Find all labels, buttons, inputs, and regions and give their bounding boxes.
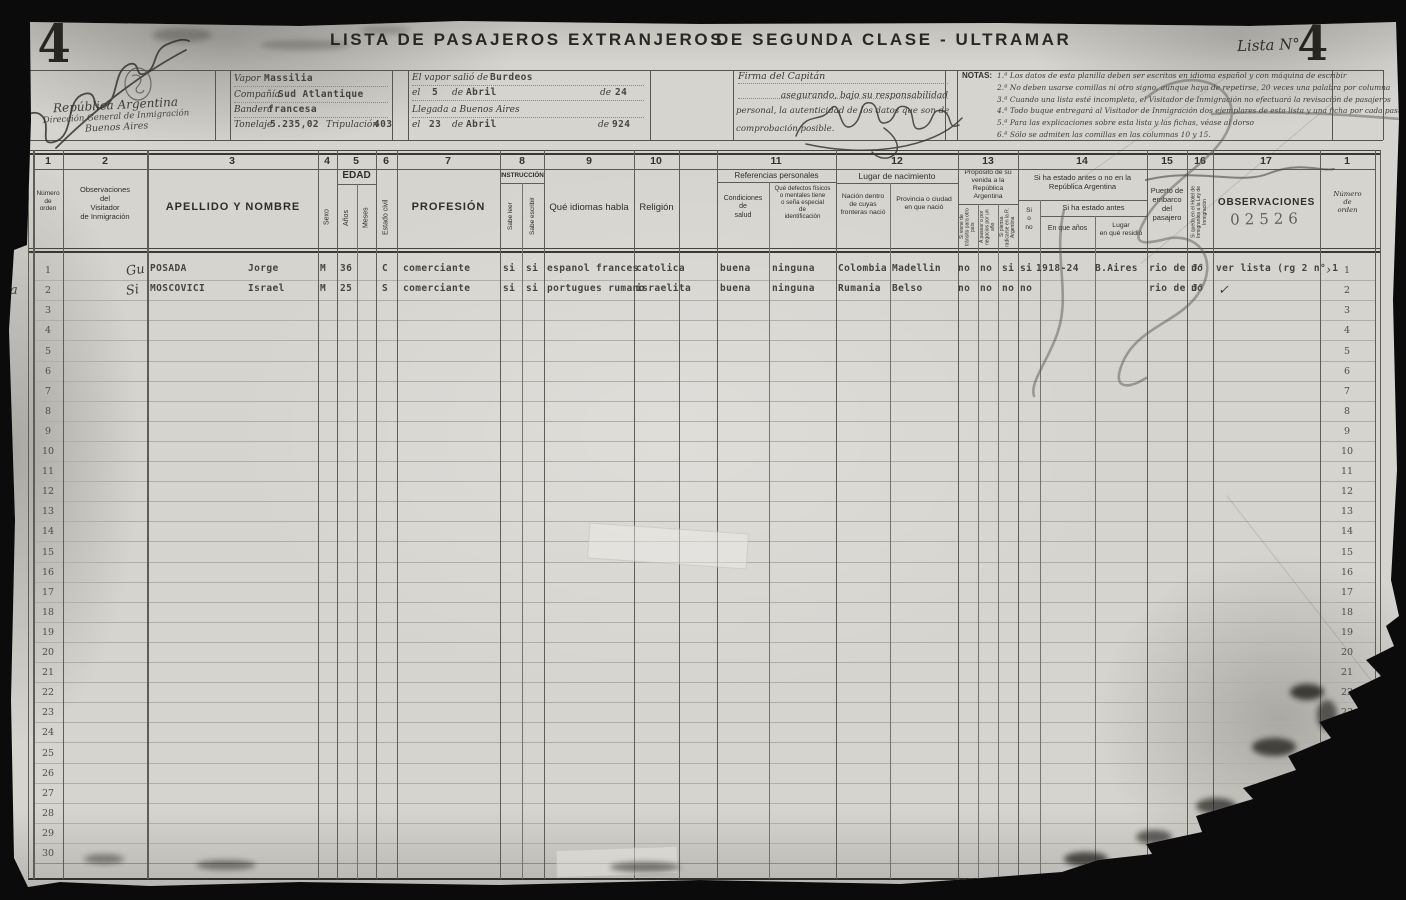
grid-line bbox=[958, 150, 959, 879]
cell-writes: si bbox=[526, 283, 538, 294]
grid-line bbox=[33, 722, 1375, 723]
grid-line bbox=[33, 421, 1375, 422]
cell-languages: espanol frances bbox=[547, 263, 639, 274]
row-number-left: 26 bbox=[36, 768, 60, 779]
row-number-left: 13 bbox=[36, 506, 60, 517]
grid-line bbox=[1018, 150, 1019, 879]
row-number-right: 15 bbox=[1335, 547, 1359, 558]
stain bbox=[1252, 738, 1296, 756]
grid-line bbox=[33, 803, 1375, 804]
cell-been: no bbox=[1020, 283, 1032, 294]
grid-line bbox=[1187, 150, 1188, 879]
header-numero-orden: Número de orden bbox=[33, 190, 63, 213]
page-title-right: DE SEGUNDA CLASE - ULTRAMAR bbox=[716, 30, 1071, 50]
grid-line bbox=[33, 682, 1375, 683]
captain-row-1: Firma del Capitán bbox=[738, 70, 948, 84]
grid-line bbox=[215, 70, 216, 140]
cell-languages: portugues rumano bbox=[547, 283, 645, 294]
el-label: el bbox=[412, 88, 420, 98]
header-si-o-no: Si o no bbox=[1018, 207, 1040, 232]
row-number-right: 17 bbox=[1335, 587, 1359, 598]
column-number: 14 bbox=[1070, 155, 1094, 167]
grid-line bbox=[337, 150, 338, 879]
header-provincia: Provincia o ciudad en que nació bbox=[890, 196, 958, 212]
row-number-left: 24 bbox=[36, 727, 60, 738]
column-number: 16 bbox=[1188, 155, 1212, 167]
grid-line bbox=[33, 381, 1375, 382]
row-number-left: 11 bbox=[36, 466, 60, 477]
column-number: 3 bbox=[220, 155, 244, 167]
row-number-right: 12 bbox=[1335, 486, 1359, 497]
compania-label: Compañía bbox=[234, 90, 280, 100]
grid-line bbox=[376, 150, 377, 879]
cell-obs_mark: ✓ bbox=[1218, 283, 1229, 298]
cell-reads: si bbox=[503, 263, 515, 274]
column-number: 2 bbox=[93, 155, 117, 167]
row-number-left: 25 bbox=[36, 748, 60, 759]
grid-line bbox=[1213, 150, 1214, 879]
row-number-right: 21 bbox=[1335, 667, 1359, 678]
salio-mes: Abril bbox=[466, 87, 497, 98]
column-number: 4 bbox=[315, 155, 339, 167]
cell-age: 36 bbox=[340, 263, 352, 274]
column-number: 15 bbox=[1155, 155, 1179, 167]
grid-line bbox=[33, 280, 1375, 281]
de-label-4: de bbox=[598, 120, 609, 130]
row-number-right: 29 bbox=[1335, 828, 1359, 839]
stain bbox=[84, 854, 124, 864]
row-number-left: 21 bbox=[36, 667, 60, 678]
header-nacion: Nación dentro de cuyas fronteras nació bbox=[836, 193, 890, 217]
coat-of-arms-icon bbox=[125, 68, 151, 100]
cell-resided: B.Aires bbox=[1095, 263, 1138, 274]
grid-line bbox=[634, 150, 635, 879]
vapor-value: Massilia bbox=[264, 73, 313, 84]
grid-line bbox=[733, 70, 734, 140]
grid-line bbox=[33, 300, 1375, 301]
header-puerto-embarco: Puerto de embarco del pasajero bbox=[1147, 187, 1187, 222]
cell-sex: M bbox=[320, 283, 326, 294]
voyage-row-3: Llegada a Buenos Aires bbox=[412, 104, 644, 118]
column-number: 9 bbox=[577, 155, 601, 167]
header-defectos: Qué defectos físicos o mentales tiene o … bbox=[769, 186, 836, 221]
salio-port: Burdeos bbox=[490, 72, 533, 83]
row-number-left: 18 bbox=[36, 607, 60, 618]
row-number-left: 1 bbox=[36, 265, 60, 276]
cell-surname: MOSCOVICI bbox=[150, 283, 205, 294]
header-proposito-sub2: A pasear o por negocios por un año bbox=[978, 206, 998, 248]
row-number-left: 19 bbox=[36, 627, 60, 638]
row-number-right: 18 bbox=[1335, 607, 1359, 618]
column-number: 10 bbox=[644, 155, 668, 167]
de-label-1: de bbox=[452, 88, 463, 98]
row-number-right: 16 bbox=[1335, 567, 1359, 578]
cell-city: Madellin bbox=[892, 263, 941, 274]
captain-row-2: asegurando, bajo su responsabilidad bbox=[738, 85, 948, 99]
row-number-left: 28 bbox=[36, 808, 60, 819]
cell-p1: no bbox=[958, 283, 970, 294]
row-number-right: 5 bbox=[1335, 346, 1359, 357]
stain bbox=[1317, 700, 1337, 730]
grid-line bbox=[957, 70, 958, 140]
grid-line bbox=[18, 140, 1383, 141]
grid-line bbox=[33, 662, 1375, 663]
row-number-left: 3 bbox=[36, 305, 60, 316]
ship-row-compania: Compañía Sud Atlantique bbox=[234, 88, 388, 103]
cell-health: buena bbox=[720, 263, 751, 274]
column-number: 6 bbox=[374, 155, 398, 167]
grid-line bbox=[679, 150, 680, 879]
header-instruccion: INSTRUCCIÓN bbox=[500, 172, 544, 179]
nota-item: 5.ª Para las explicaciones sobre esta li… bbox=[997, 117, 1342, 129]
row-number-left: 30 bbox=[36, 848, 60, 859]
grid-line bbox=[1380, 150, 1381, 879]
header-apellido-nombre: APELLIDO Y NOMBRE bbox=[148, 201, 318, 213]
grid-line bbox=[33, 481, 1375, 482]
column-number: 13 bbox=[976, 155, 1000, 167]
cell-profession: comerciante bbox=[403, 263, 470, 274]
grid-line bbox=[890, 183, 891, 879]
header-sabe-escribir: Sabe escribir bbox=[522, 186, 544, 246]
ship-row-tonelaje: Tonelaje 5.235,02 Tripulación 403 bbox=[234, 118, 388, 132]
header-religion: Religión bbox=[634, 202, 679, 213]
captain-row-3: personal, la autenticidad de los datos q… bbox=[736, 100, 950, 136]
grid-line bbox=[1018, 200, 1147, 201]
cell-given: Israel bbox=[248, 283, 285, 294]
nota-item: 2.ª No deben usarse comillas ni otro sig… bbox=[997, 82, 1342, 94]
row-number-left: 9 bbox=[36, 426, 60, 437]
immigration-stamp: República Argentina Dirección General de… bbox=[20, 93, 212, 138]
cell-hand: Si bbox=[125, 282, 140, 299]
nota-item: 3.ª Cuando una lista esté incompleta, el… bbox=[997, 94, 1342, 106]
grid-line bbox=[28, 150, 1380, 151]
cell-religion: catolica bbox=[636, 263, 685, 274]
vapor-label: Vapor bbox=[234, 74, 261, 84]
cell-defects: ninguna bbox=[772, 283, 815, 294]
bandera-label: Bandera bbox=[234, 105, 273, 115]
list-number-label: Lista N° bbox=[1237, 35, 1300, 55]
cell-p1: no bbox=[958, 263, 970, 274]
header-sabe-leer: Sabe leer bbox=[500, 186, 522, 246]
row-number-left: 4 bbox=[36, 325, 60, 336]
row-number-left: 12 bbox=[36, 486, 60, 497]
cell-writes: si bbox=[526, 263, 538, 274]
bandera-value: francesa bbox=[268, 104, 317, 115]
column-number: 1 bbox=[36, 155, 60, 167]
row-number-right: 28 bbox=[1335, 808, 1359, 819]
scanned-document: 4 LISTA DE PASAJEROS EXTRANJEROS DE SEGU… bbox=[0, 0, 1406, 900]
header-condiciones-salud: Condiciones de salud bbox=[717, 195, 769, 220]
row-number-right: 1 bbox=[1335, 265, 1359, 276]
cell-p2: no bbox=[980, 283, 992, 294]
cell-city: Belso bbox=[892, 283, 923, 294]
grid-line bbox=[28, 878, 1380, 880]
grid-line bbox=[33, 783, 1375, 784]
voyage-row-4: el 23 de Abril de 924 bbox=[412, 119, 644, 132]
grid-line bbox=[33, 150, 35, 879]
nota-item: 1.ª Los datos de esta planilla deben ser… bbox=[997, 70, 1342, 82]
grid-line bbox=[230, 70, 231, 140]
grid-line bbox=[1375, 150, 1376, 879]
header-lugar-nacimiento: Lugar de nacimiento bbox=[836, 171, 958, 181]
header-proposito: Propósito de su venida a la República Ar… bbox=[958, 169, 1018, 201]
grid-line bbox=[28, 251, 1380, 253]
paper-sheet: 4 LISTA DE PASAJEROS EXTRANJEROS DE SEGU… bbox=[0, 0, 1406, 900]
header-sexo: Sexo bbox=[318, 186, 337, 248]
header-lugar-residio: Lugar en qué residió bbox=[1095, 222, 1147, 238]
header-edad: EDAD bbox=[337, 170, 376, 181]
grid-line bbox=[945, 70, 946, 140]
grid-line bbox=[33, 441, 1375, 442]
header-ha-estado-antes: Si ha estado antes bbox=[1040, 204, 1147, 213]
header-en-que-anios: En que años bbox=[1040, 225, 1095, 233]
cell-profession: comerciante bbox=[403, 283, 470, 294]
grid-line bbox=[33, 763, 1375, 764]
cell-given: Jorge bbox=[248, 263, 279, 274]
cell-health: buena bbox=[720, 283, 751, 294]
captain-line2: personal, la autenticidad de los datos q… bbox=[736, 106, 949, 134]
header-observaciones-visitador: Observaciones del Visitador de Inmigraci… bbox=[64, 186, 146, 221]
row-number-left: 17 bbox=[36, 587, 60, 598]
grid-line bbox=[392, 70, 393, 140]
grid-line bbox=[357, 184, 358, 879]
row-number-right: 10 bbox=[1335, 446, 1359, 457]
grid-line bbox=[33, 602, 1375, 603]
header-proposito-sub1: Si viene de tránsito para otro país bbox=[958, 206, 978, 248]
row-number-left: 6 bbox=[36, 366, 60, 377]
column-number: 8 bbox=[510, 155, 534, 167]
grid-line bbox=[33, 361, 1375, 362]
grid-line bbox=[33, 582, 1375, 583]
stain bbox=[360, 26, 410, 34]
header-estado-civil: Estado civil bbox=[376, 186, 397, 248]
grid-line bbox=[147, 150, 149, 879]
grid-line bbox=[1320, 150, 1321, 879]
grid-line bbox=[1095, 216, 1096, 879]
grid-line bbox=[978, 204, 979, 879]
tape-piece bbox=[587, 522, 749, 569]
row-number-right: 14 bbox=[1335, 526, 1359, 537]
grid-line bbox=[33, 823, 1375, 824]
row-number-right: 8 bbox=[1335, 406, 1359, 417]
column-number: 7 bbox=[436, 155, 460, 167]
grid-line bbox=[318, 150, 319, 879]
column-number: 5 bbox=[344, 155, 368, 167]
cell-age: 25 bbox=[340, 283, 352, 294]
grid-line bbox=[33, 340, 1375, 341]
row-number-left: 16 bbox=[36, 567, 60, 578]
grid-line bbox=[28, 150, 29, 879]
stain bbox=[196, 860, 256, 870]
grid-line bbox=[63, 150, 64, 879]
header-profesion: PROFESIÓN bbox=[397, 201, 500, 213]
nota-item: 6.ª Sólo se admiten las comillas en las … bbox=[997, 129, 1342, 141]
llegada-mes: Abril bbox=[466, 119, 497, 130]
cell-surname: POSADA bbox=[150, 263, 187, 274]
row-number-left: 7 bbox=[36, 386, 60, 397]
grid-line bbox=[836, 183, 958, 184]
row-number-right: 30 bbox=[1335, 848, 1359, 859]
cell-p3: no bbox=[1002, 283, 1014, 294]
grid-line bbox=[33, 642, 1375, 643]
grid-line bbox=[1332, 70, 1333, 140]
notes-list: 1.ª Los datos de esta planilla deben ser… bbox=[997, 70, 1342, 141]
grid-line bbox=[33, 501, 1375, 502]
grid-line bbox=[397, 150, 398, 879]
corner-number-right: 4 bbox=[1297, 16, 1328, 72]
cell-p3: si bbox=[1002, 263, 1014, 274]
cell-p2: no bbox=[980, 263, 992, 274]
cell-col16: no bbox=[1191, 283, 1203, 294]
tripulacion-value: 403 bbox=[374, 119, 392, 130]
grid-line bbox=[500, 150, 501, 879]
grid-line bbox=[836, 150, 837, 879]
column-number: 1 bbox=[1335, 155, 1359, 167]
notes-heading: NOTAS: bbox=[962, 71, 992, 80]
cell-defects: ninguna bbox=[772, 263, 815, 274]
row-number-left: 14 bbox=[36, 526, 60, 537]
header-referencias: Referencias personales bbox=[717, 171, 836, 180]
de-label-3: de bbox=[452, 120, 463, 130]
tonelaje-label: Tonelaje bbox=[234, 120, 272, 130]
grid-line bbox=[769, 182, 770, 879]
compania-value: Sud Atlantique bbox=[278, 89, 364, 100]
row-number-left: 20 bbox=[36, 647, 60, 658]
grid-line bbox=[1147, 150, 1148, 879]
grid-line bbox=[33, 742, 1375, 743]
grid-line bbox=[18, 70, 19, 140]
el-label-2: el bbox=[412, 120, 420, 130]
ship-row-bandera: Bandera francesa bbox=[234, 103, 388, 118]
grid-line bbox=[33, 702, 1375, 703]
grid-line bbox=[28, 248, 1380, 249]
row-number-left: 22 bbox=[36, 687, 60, 698]
salio-label: El vapor salió de bbox=[412, 73, 488, 83]
corner-number-left: 4 bbox=[37, 14, 70, 75]
row-number-right: 22 bbox=[1335, 687, 1359, 698]
row-number-right: 19 bbox=[1335, 627, 1359, 638]
cell-reads: si bbox=[503, 283, 515, 294]
row-number-left: 23 bbox=[36, 707, 60, 718]
stain bbox=[1136, 830, 1172, 844]
grid-line bbox=[33, 401, 1375, 402]
cell-nation: Rumania bbox=[838, 283, 881, 294]
grid-line bbox=[717, 182, 836, 183]
row-number-right: 3 bbox=[1335, 305, 1359, 316]
row-number-right: 23 bbox=[1335, 707, 1359, 718]
cell-hand: Gu bbox=[125, 262, 146, 279]
observaciones-stamp-number: 02526 bbox=[1213, 209, 1320, 229]
cell-nation: Colombia bbox=[838, 263, 887, 274]
row-number-left: 29 bbox=[36, 828, 60, 839]
voyage-row-2: el 5 de Abril de 24 bbox=[412, 87, 644, 101]
llegada-ano: 924 bbox=[612, 119, 630, 130]
grid-line bbox=[958, 204, 1018, 205]
tripulacion-label: Tripulación bbox=[326, 120, 378, 130]
row-number-left: 15 bbox=[36, 547, 60, 558]
row-number-right: 2 bbox=[1335, 285, 1359, 296]
row-number-left: 8 bbox=[36, 406, 60, 417]
stain bbox=[1064, 852, 1108, 866]
header-anios: Años bbox=[337, 188, 357, 248]
firma-label: Firma del Capitán bbox=[738, 71, 825, 82]
row-number-left: 10 bbox=[36, 446, 60, 457]
salio-ano: 24 bbox=[615, 87, 627, 98]
header-observaciones: OBSERVACIONES bbox=[1213, 197, 1320, 208]
row-number-right: 4 bbox=[1335, 325, 1359, 336]
row-number-right: 11 bbox=[1335, 466, 1359, 477]
header-proposito-sub3: Si piensa radicarse en la R. Argentina bbox=[998, 206, 1018, 248]
grid-line bbox=[1040, 200, 1041, 879]
cell-margin: a bbox=[10, 283, 18, 298]
cell-civil: S bbox=[382, 283, 388, 294]
row-number-right: 26 bbox=[1335, 768, 1359, 779]
header-numero-orden-right: Número de orden bbox=[1320, 190, 1375, 214]
row-number-right: 9 bbox=[1335, 426, 1359, 437]
row-number-left: 5 bbox=[36, 346, 60, 357]
ship-row-vapor: Vapor Massilia bbox=[234, 72, 388, 87]
cell-religion: israelita bbox=[636, 283, 691, 294]
header-idiomas: Qué idiomas habla bbox=[544, 202, 634, 213]
row-number-left: 2 bbox=[36, 285, 60, 296]
stain bbox=[610, 862, 680, 872]
stain bbox=[260, 40, 350, 50]
grid-line bbox=[650, 70, 651, 140]
stain bbox=[1290, 684, 1324, 700]
row-number-right: 7 bbox=[1335, 386, 1359, 397]
grid-line bbox=[33, 320, 1375, 321]
row-number-right: 13 bbox=[1335, 506, 1359, 517]
grid-line bbox=[522, 183, 523, 879]
stain bbox=[1196, 798, 1236, 814]
grid-line bbox=[33, 169, 1375, 170]
grid-line bbox=[717, 150, 718, 879]
grid-line bbox=[1040, 216, 1147, 217]
row-number-right: 27 bbox=[1335, 788, 1359, 799]
salio-dia: 5 bbox=[432, 87, 438, 98]
cell-sex: M bbox=[320, 263, 326, 274]
grid-line bbox=[544, 150, 545, 879]
row-number-left: 27 bbox=[36, 788, 60, 799]
de-label-2: de bbox=[600, 88, 611, 98]
stain bbox=[152, 28, 212, 42]
cell-col16: no bbox=[1191, 263, 1203, 274]
cell-been: si bbox=[1020, 263, 1032, 274]
cell-obs: ver lista (rg 2 n° 1 bbox=[1216, 263, 1338, 274]
cell-years: 1918-24 bbox=[1036, 263, 1079, 274]
cell-right_mark: › bbox=[1326, 263, 1331, 278]
grid-line bbox=[33, 843, 1375, 844]
grid-line bbox=[33, 461, 1375, 462]
grid-line bbox=[408, 70, 409, 140]
grid-line bbox=[33, 521, 1375, 522]
voyage-row-1: El vapor salió de Burdeos bbox=[412, 72, 644, 86]
grid-line bbox=[1383, 70, 1384, 140]
row-number-right: 24 bbox=[1335, 727, 1359, 738]
column-number: 12 bbox=[885, 155, 909, 167]
grid-line bbox=[33, 622, 1375, 623]
grid-line bbox=[18, 70, 1383, 71]
cell-civil: C bbox=[382, 263, 388, 274]
grid-line bbox=[998, 204, 999, 879]
llegada-label: Llegada a Buenos Aires bbox=[412, 105, 520, 115]
row-number-right: 6 bbox=[1335, 366, 1359, 377]
tonelaje-value: 5.235,02 bbox=[270, 119, 319, 130]
llegada-dia: 23 bbox=[429, 119, 441, 130]
column-number: 11 bbox=[764, 155, 788, 167]
row-number-right: 25 bbox=[1335, 748, 1359, 759]
header-meses: Meses bbox=[357, 188, 376, 248]
